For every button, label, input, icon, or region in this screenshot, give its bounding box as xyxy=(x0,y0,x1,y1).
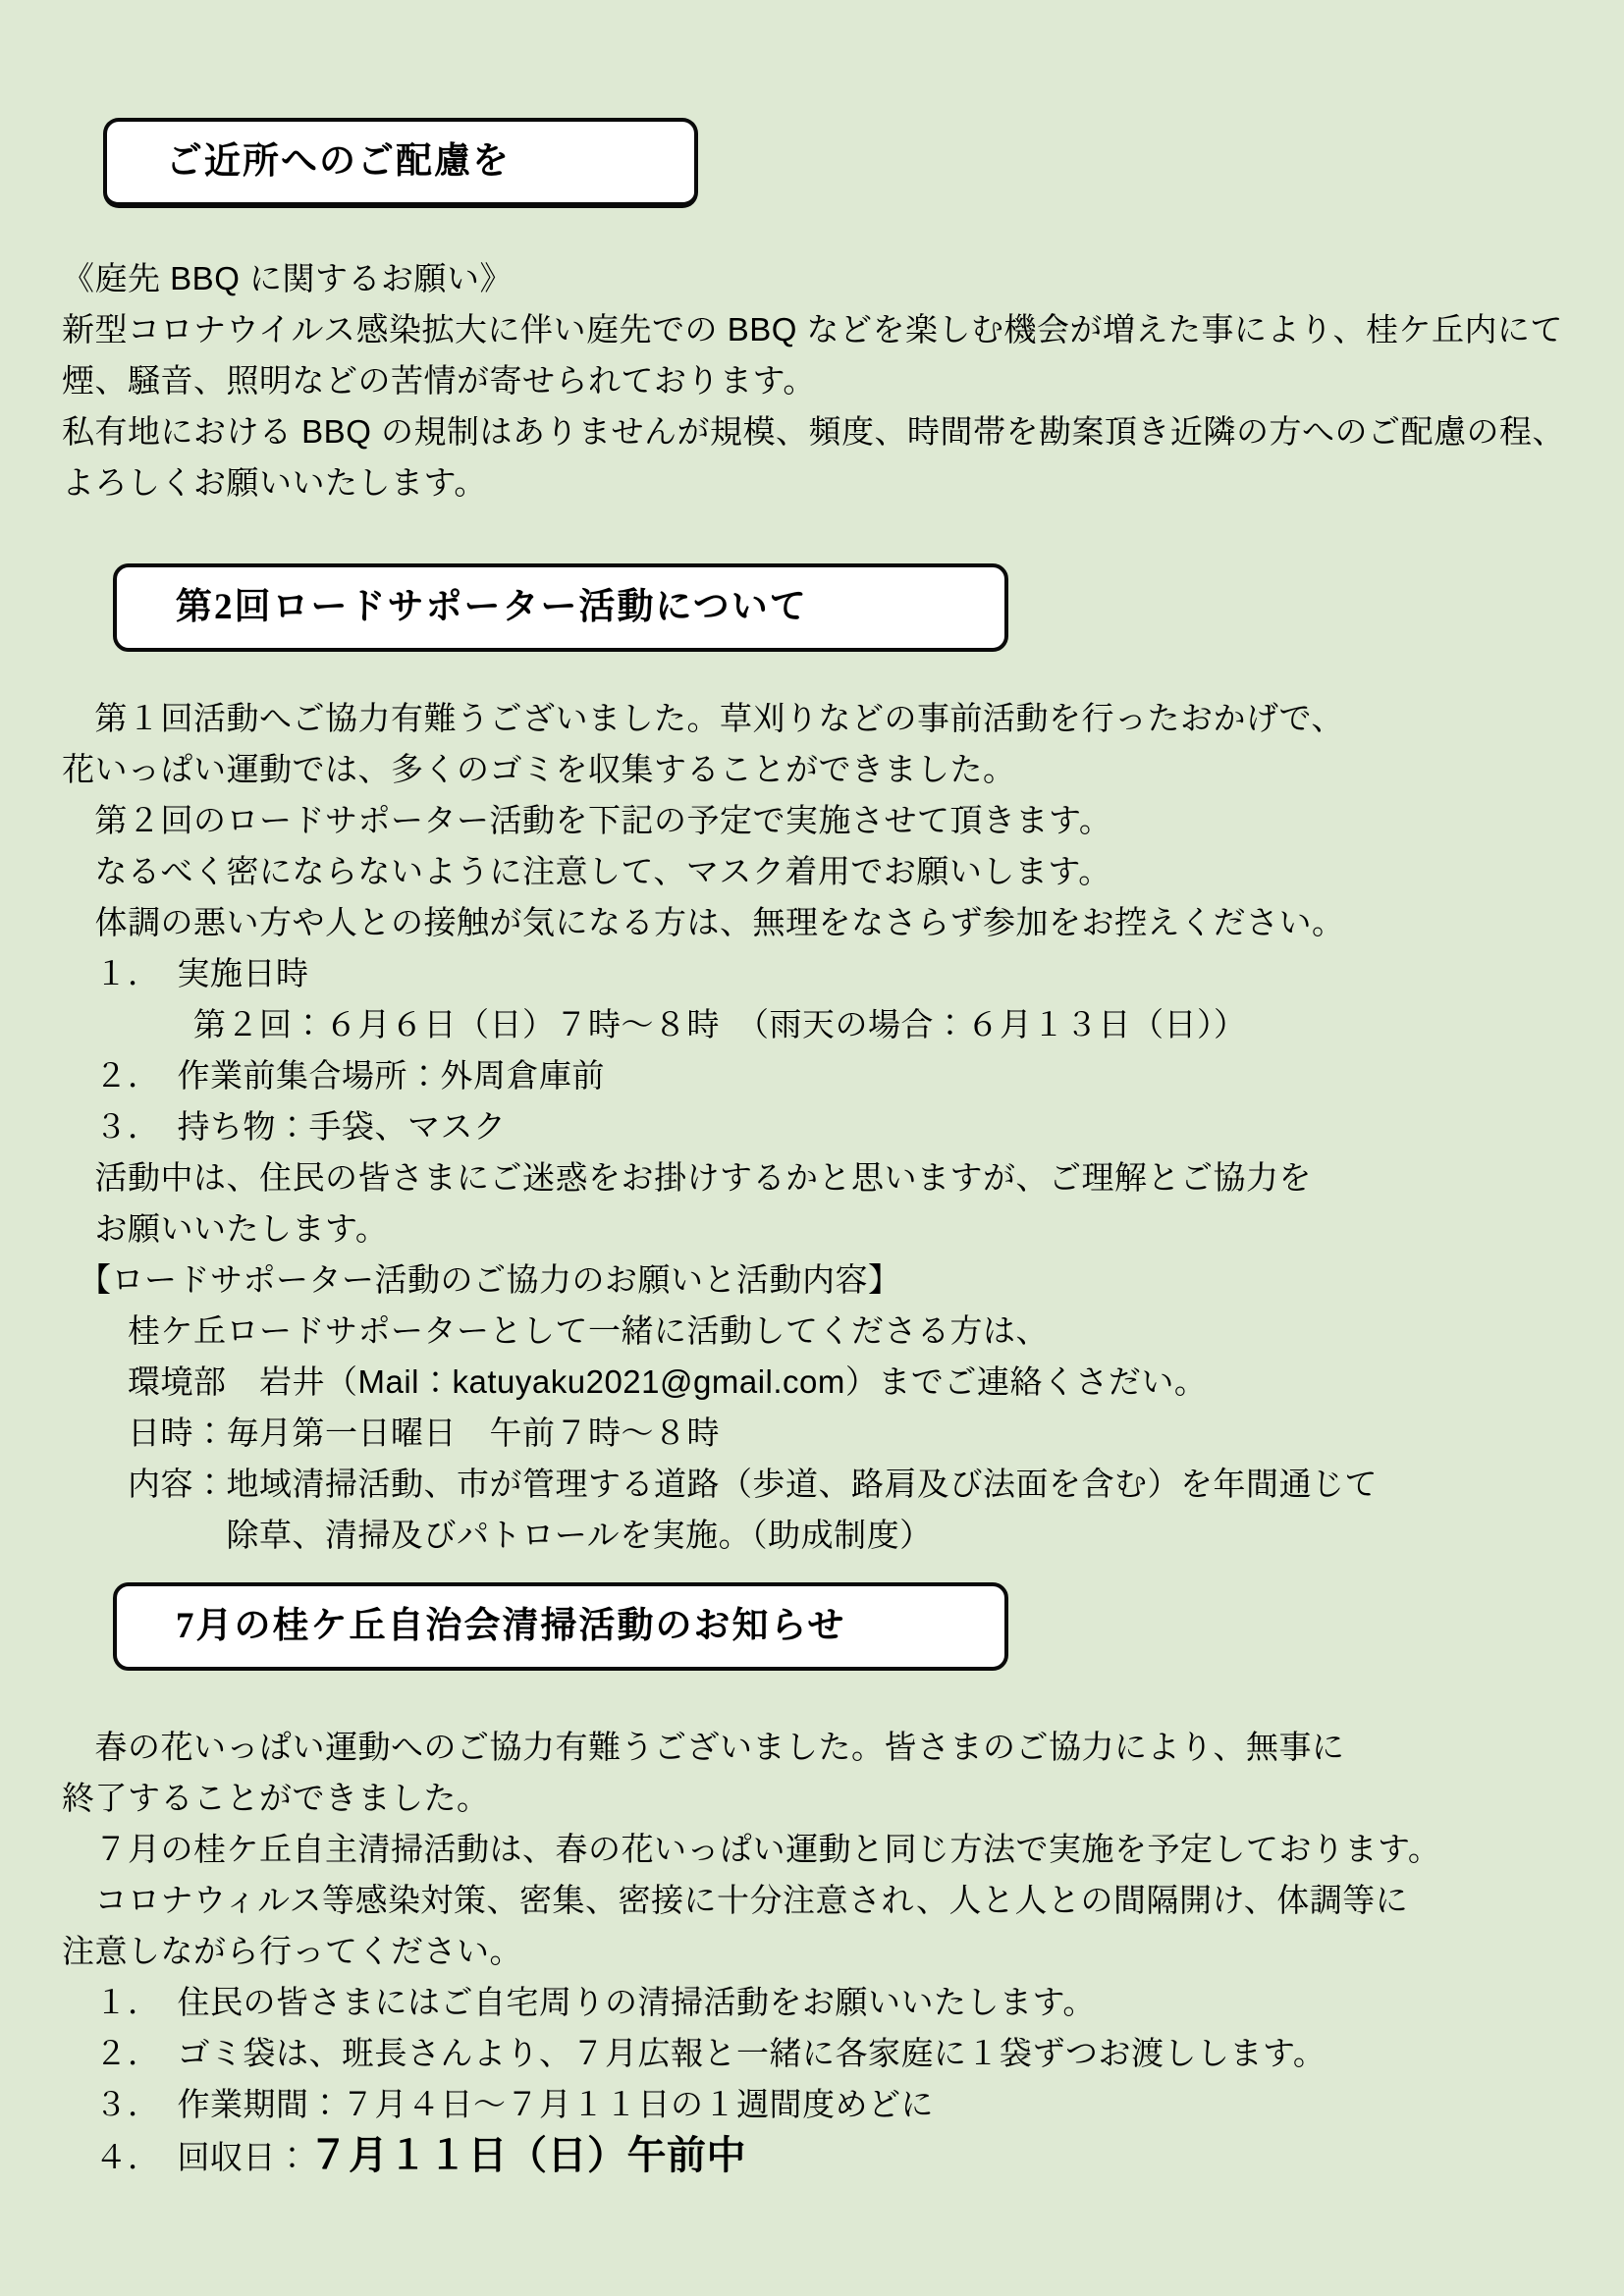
text-line: 私有地における BBQ の規制はありませんが規模、頻度、時間帯を勘案頂き近隣の方… xyxy=(62,406,1589,457)
section-body-july-cleaning: 春の花いっぱい運動へのご協力有難うございました。皆さまのご協力により、無事に終了… xyxy=(62,1722,1589,2183)
text-line: 活動中は、住民の皆さまにご迷惑をお掛けするかと思いますが、ご理解とご協力を xyxy=(62,1152,1589,1203)
text-line: 体調の悪い方や人との接触が気になる方は、無理をなさらず参加をお控えください。 xyxy=(62,897,1589,948)
text-line: なるべく密にならないように注意して、マスク着用でお願いします。 xyxy=(62,846,1589,897)
section-heading-july-cleaning: 7月の桂ケ丘自治会清掃活動のお知らせ xyxy=(176,1602,995,1651)
text-line: 桂ケ丘ロードサポーターとして一緒に活動してくださる方は、 xyxy=(62,1306,1589,1357)
emphasized-text: ７月１１日（日）午前中 xyxy=(309,2134,747,2177)
text-line: 春の花いっぱい運動へのご協力有難うございました。皆さまのご協力により、無事に xyxy=(62,1722,1589,1773)
text-line: 環境部 岩井（Mail：katuyaku2021@gmail.com）までご連絡… xyxy=(62,1357,1589,1408)
text-line: よろしくお願いいたします。 xyxy=(62,457,1589,508)
text-line: お願いいたします。 xyxy=(62,1203,1589,1255)
text-line: 終了することができました。 xyxy=(62,1773,1589,1824)
text-line: ７月の桂ケ丘自主清掃活動は、春の花いっぱい運動と同じ方法で実施を予定しております… xyxy=(62,1824,1589,1875)
section-heading-road-supporter: 第2回ロードサポーター活動について xyxy=(176,583,995,632)
text-line: 新型コロナウイルス感染拡大に伴い庭先での BBQ などを楽しむ機会が増えた事によ… xyxy=(62,304,1589,355)
section-heading-box-july-cleaning: 7月の桂ケ丘自治会清掃活動のお知らせ xyxy=(113,1582,1008,1671)
text-line: 第２回：６月６日（日）７時～８時 （雨天の場合：６月１３日（日）） xyxy=(62,999,1589,1050)
section-heading-box-road-supporter: 第2回ロードサポーター活動について xyxy=(113,563,1008,652)
text-line: ３． 持ち物：手袋、マスク xyxy=(62,1101,1589,1152)
text-line: 第２回のロードサポーター活動を下記の予定で実施させて頂きます。 xyxy=(62,795,1589,846)
section-heading-neighbors: ご近所へのご配慮を xyxy=(166,137,684,187)
section-body-road-supporter: 第１回活動へご協力有難うございました。草刈りなどの事前活動を行ったおかげで、花い… xyxy=(62,693,1589,1561)
text-line: 《庭先 BBQ に関するお願い》 xyxy=(62,253,1589,304)
text-line: 内容：地域清掃活動、市が管理する道路（歩道、路肩及び法面を含む）を年間通じて xyxy=(62,1459,1589,1510)
text-line: ４． 回収日：７月１１日（日）午前中 xyxy=(62,2130,1589,2183)
text-line: コロナウィルス等感染対策、密集、密接に十分注意され、人と人との間隔開け、体調等に xyxy=(62,1875,1589,1926)
text-line: 除草、清掃及びパトロールを実施。（助成制度） xyxy=(62,1510,1589,1561)
text-line: １． 住民の皆さまにはご自宅周りの清掃活動をお願いいたします。 xyxy=(62,1977,1589,2028)
text-line: 煙、騒音、照明などの苦情が寄せられております。 xyxy=(62,355,1589,406)
text-line: 注意しながら行ってください。 xyxy=(62,1926,1589,1977)
text-line: ３． 作業期間：７月４日～７月１１日の１週間度めどに xyxy=(62,2079,1589,2130)
text-line: 花いっぱい運動では、多くのゴミを収集することができました。 xyxy=(62,744,1589,795)
text-line: 日時：毎月第一日曜日 午前７時～８時 xyxy=(62,1408,1589,1459)
text-line: １． 実施日時 xyxy=(62,948,1589,999)
section-heading-box-neighbors: ご近所へのご配慮を xyxy=(103,118,698,208)
text-line: 【ロードサポーター活動のご協力のお願いと活動内容】 xyxy=(62,1255,1589,1306)
text-line: 第１回活動へご協力有難うございました。草刈りなどの事前活動を行ったおかげで、 xyxy=(62,693,1589,744)
section-body-neighbors: 《庭先 BBQ に関するお願い》新型コロナウイルス感染拡大に伴い庭先での BBQ… xyxy=(62,253,1589,508)
text-line: ２． ゴミ袋は、班長さんより、７月広報と一緒に各家庭に１袋ずつお渡しします。 xyxy=(62,2028,1589,2079)
text-line: ２． 作業前集合場所：外周倉庫前 xyxy=(62,1050,1589,1101)
document-page: { "page": { "background_color": "#dee9d3… xyxy=(0,0,1624,2296)
